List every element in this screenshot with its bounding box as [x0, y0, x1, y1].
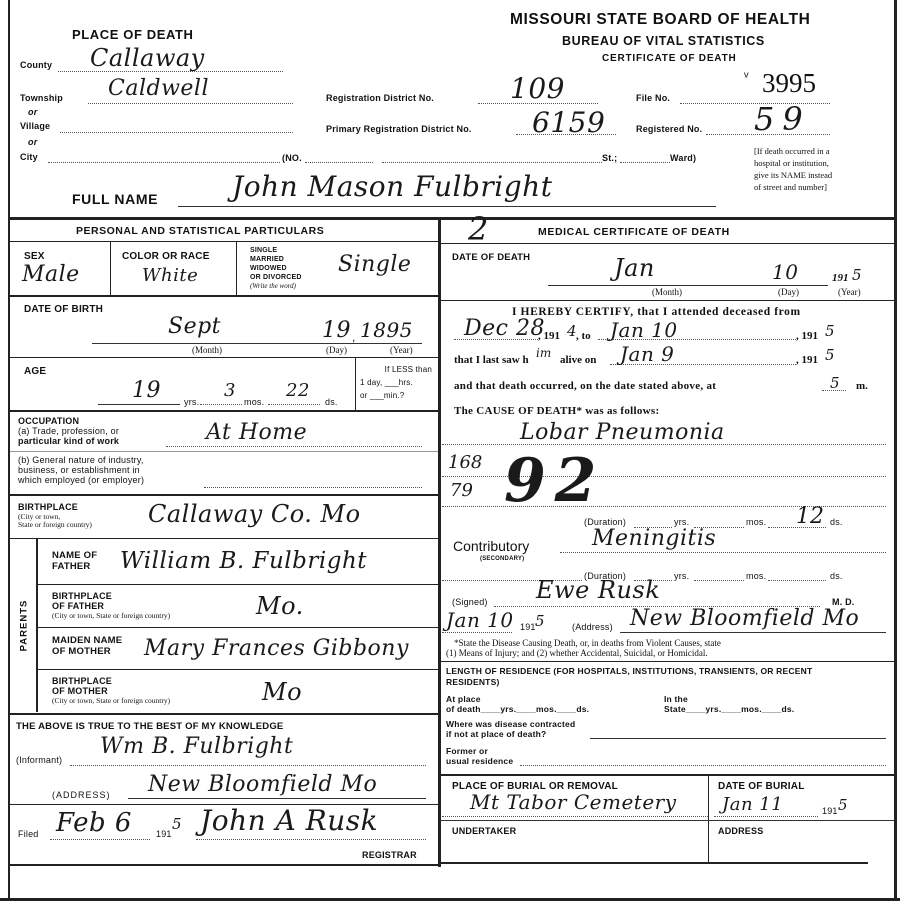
dob-month-field[interactable]: Sept: [168, 314, 221, 339]
mother-birthplace-field[interactable]: Mo: [262, 678, 302, 706]
cause-of-death-field[interactable]: Lobar Pneumonia: [520, 420, 725, 445]
duration-2-mos-unit: mos.: [746, 571, 766, 581]
sex-field[interactable]: Male: [22, 262, 80, 287]
registration-district-field[interactable]: 109: [510, 72, 565, 105]
dod-year-prefix: 191: [832, 272, 849, 284]
filed-label: Filed: [18, 829, 39, 839]
marital-options: SINGLE MARRIED WIDOWED OR DIVORCED (Writ…: [250, 246, 302, 291]
street-label: St.;: [602, 153, 617, 163]
dob-day-caption: (Day): [326, 345, 347, 355]
sex-race-divider: [110, 241, 111, 295]
dob-month-caption: (Month): [192, 345, 222, 355]
mother-name-field[interactable]: Mary Frances Gibbony: [144, 636, 409, 661]
hospital-note-line: [If death occurred in a: [754, 145, 832, 157]
attended-to-field[interactable]: Jan 10: [610, 318, 678, 342]
former-residence-block: Former or usual residence: [446, 746, 513, 766]
occupation-block: OCCUPATION (a) Trade, profession, or par…: [18, 416, 119, 446]
file-no-mark: ᵛ: [744, 68, 749, 84]
row-divider-parents: [10, 538, 438, 539]
father-name-field[interactable]: William B. Fulbright: [120, 548, 367, 574]
full-name-label: FULL NAME: [72, 191, 158, 207]
medical-title-divider: [440, 243, 894, 244]
dod-year-field[interactable]: 5: [852, 266, 862, 284]
age-years-line: [98, 404, 180, 405]
county-field[interactable]: Callaway: [90, 44, 205, 72]
birthplace-field[interactable]: Callaway Co. Mo: [148, 500, 361, 528]
board-title: MISSOURI STATE BOARD OF HEALTH: [510, 11, 810, 29]
year-from-prefix: , 191: [538, 330, 560, 342]
filed-date-line: [50, 839, 150, 840]
right-border: [894, 0, 897, 900]
burial-date-field[interactable]: Jan 11: [722, 794, 783, 815]
occupation-a-line: particular kind of work: [18, 436, 119, 446]
year-to-prefix: , 191: [796, 330, 818, 342]
physician-signature-field[interactable]: Ewe Rusk: [536, 576, 660, 604]
mother-bp-label: BIRTHPLACE OF MOTHER (City or town, Stat…: [52, 676, 170, 706]
burial-divider: [708, 774, 709, 864]
filed-year-field[interactable]: 5: [172, 815, 182, 833]
informant-address-field[interactable]: New Bloomfield Mo: [148, 772, 377, 797]
dob-year-field[interactable]: 1895: [360, 318, 413, 342]
to-label: , to: [576, 330, 591, 342]
former-residence-line: usual residence: [446, 756, 513, 766]
father-label: NAME OF FATHER: [52, 550, 97, 572]
contracted-block: Where was disease contracted if not at p…: [446, 719, 575, 739]
contributory-label: Contributory: [453, 538, 529, 554]
township-field[interactable]: Caldwell: [108, 76, 209, 101]
hospital-note-line: give its NAME instead: [754, 169, 832, 181]
bottom-border: [0, 898, 900, 901]
mother-label: MAIDEN NAME OF MOTHER: [52, 635, 122, 657]
dob-day-field[interactable]: 19: [322, 318, 351, 343]
last-saw-date-field[interactable]: Jan 9: [620, 342, 674, 366]
undertaker-label: UNDERTAKER: [452, 826, 516, 836]
dob-label: DATE OF BIRTH: [24, 304, 103, 315]
occupation-line: [166, 446, 422, 447]
bureau-title: BUREAU OF VITAL STATISTICS: [562, 34, 765, 48]
signed-label: (Signed): [452, 597, 488, 607]
informant-address-label: (ADDRESS): [52, 790, 111, 800]
left-border: [8, 0, 10, 900]
informant-field[interactable]: Wm B. Fulbright: [100, 734, 293, 759]
secondary-label: (SECONDARY): [480, 556, 524, 562]
burial-year-prefix: 191: [822, 806, 838, 816]
father-bp-label-line: OF FATHER: [52, 601, 170, 611]
sex-label: SEX: [24, 251, 45, 262]
occupation-field[interactable]: At Home: [206, 420, 307, 445]
primary-district-field[interactable]: 6159: [532, 106, 605, 139]
personal-title-divider: [10, 241, 438, 242]
father-label-line: NAME OF: [52, 550, 97, 561]
contracted-line: if not at place of death?: [446, 729, 575, 739]
signed-date-field[interactable]: Jan 10: [446, 608, 514, 632]
burial-place-field[interactable]: Mt Tabor Cemetery: [470, 790, 677, 814]
full-name-line: [178, 206, 716, 207]
age-years-field[interactable]: 19: [132, 378, 161, 403]
occupation-label: OCCUPATION: [18, 416, 119, 426]
burial-year-field[interactable]: 5: [838, 796, 848, 814]
margin-mark: 9 2: [504, 446, 590, 516]
less-than-line: or ___min.?: [360, 389, 432, 402]
burial-row-divider: [440, 820, 894, 821]
signed-year-field[interactable]: 5: [535, 612, 545, 630]
residence-bottom-divider: [440, 774, 894, 776]
marital-status-field[interactable]: Single: [338, 252, 411, 277]
hospital-note: [If death occurred in a hospital or inst…: [754, 145, 832, 193]
last-saw-label: that I last saw h: [454, 354, 529, 366]
duration-2-mos-line[interactable]: [694, 580, 744, 581]
township-line: [88, 103, 293, 104]
dob-year-caption: (Year): [390, 345, 413, 355]
undertaker-address-label: ADDRESS: [718, 826, 763, 836]
duration-2-days-unit: ds.: [830, 571, 843, 581]
county-label: County: [20, 60, 52, 70]
duration-2-yrs-unit: yrs.: [674, 571, 689, 581]
occupation-b-line: which employed (or employer): [18, 475, 144, 485]
row-divider-age: [10, 357, 438, 358]
row-divider-father-bp: [36, 584, 438, 585]
race-label: COLOR OR RACE: [122, 251, 210, 262]
left-bottom-divider: [8, 864, 438, 866]
at-place-line: of death____yrs.____mos.____ds.: [446, 704, 589, 714]
in-state-block: In the State____yrs.____mos.____ds.: [664, 694, 794, 714]
or-label-1: or: [28, 107, 37, 117]
occupation-b-line: (b) General nature of industry,: [18, 455, 144, 465]
occupation-b-block: (b) General nature of industry, business…: [18, 455, 144, 485]
street-number-label: (NO.: [282, 153, 302, 163]
occupation-a-line: (a) Trade, profession, or: [18, 426, 119, 436]
dob-comma: ,: [352, 330, 355, 344]
dod-month-field[interactable]: Jan: [614, 254, 655, 282]
filed-date-field[interactable]: Feb 6: [56, 808, 132, 838]
center-divider: [438, 217, 441, 867]
registered-no-field[interactable]: 59: [754, 100, 811, 138]
or-label-2: or: [28, 137, 37, 147]
marital-option: SINGLE: [250, 246, 302, 255]
file-no-field[interactable]: 3995: [762, 68, 816, 99]
last-saw-pronoun-field[interactable]: im: [536, 346, 551, 360]
row-divider-occupation: [10, 410, 438, 412]
informant-address-line: [128, 798, 426, 799]
city-line[interactable]: [48, 162, 280, 163]
margin-code-1: 168: [448, 452, 482, 473]
physician-address-line: [620, 632, 886, 633]
dod-day-field[interactable]: 10: [772, 260, 798, 284]
age-months-unit: mos.: [244, 397, 264, 407]
informant-label: (Informant): [16, 755, 62, 765]
mother-label-line: OF MOTHER: [52, 646, 122, 657]
certificate-title: CERTIFICATE OF DEATH: [602, 53, 737, 64]
occupation-b-line: business, or establishment in: [18, 465, 144, 475]
age-days-line: [268, 404, 320, 405]
registration-district-label: Registration District No.: [326, 93, 434, 103]
birthplace-sub-2: State or foreign country): [18, 520, 92, 529]
burial-date-line: [714, 816, 818, 817]
margin-code-2: 79: [450, 480, 473, 501]
dob-line: [92, 343, 422, 344]
industry-line[interactable]: [204, 487, 422, 488]
right-bottom-divider: [440, 862, 868, 864]
father-bp-label-line: BIRTHPLACE: [52, 591, 170, 601]
row-divider-mother-bp: [36, 669, 438, 670]
marital-option: MARRIED: [250, 255, 302, 264]
hospital-note-line: of street and number]: [754, 181, 832, 193]
registered-no-label: Registered No.: [636, 124, 702, 134]
death-time-suffix: m.: [856, 380, 868, 392]
age-label: AGE: [24, 366, 46, 377]
at-place-block: At place of death____yrs.____mos.____ds.: [446, 694, 589, 714]
mother-bp-label-line: BIRTHPLACE: [52, 676, 170, 686]
contributory-field[interactable]: Meningitis: [592, 526, 716, 551]
header-divider: [8, 217, 894, 220]
occupation-divider: [10, 451, 438, 452]
birthplace-label: BIRTHPLACE: [18, 502, 78, 512]
duration-days-unit: ds.: [830, 517, 843, 527]
footnote-line-1: *State the Disease Causing Death, or, in…: [454, 638, 721, 648]
cause-label: The CAUSE OF DEATH* was as follows:: [454, 405, 659, 417]
footnote-divider: [440, 661, 894, 662]
death-time-field[interactable]: 5: [830, 374, 840, 392]
duration-mos-unit: mos.: [746, 517, 766, 527]
footnote-line-2: (1) Means of Injury; and (2) whether Acc…: [446, 648, 708, 658]
burial-date-label: DATE OF BURIAL: [718, 781, 805, 792]
row-divider-informant: [10, 713, 438, 715]
village-label: Village: [20, 121, 50, 131]
registrar-line: [196, 839, 426, 840]
physician-address-field[interactable]: New Bloomfield Mo: [630, 606, 859, 631]
certify-line-1: I HEREBY CERTIFY, that I attended deceas…: [512, 306, 801, 318]
ward-line[interactable]: [620, 162, 670, 163]
primary-district-label: Primary Registration District No.: [326, 124, 472, 134]
less-than-note: If LESS than 1 day, ___hrs. or ___min.?: [360, 363, 432, 402]
age-less-than-divider: [355, 357, 356, 410]
mother-label-line: MAIDEN NAME: [52, 635, 122, 646]
personal-section-title: PERSONAL AND STATISTICAL PARTICULARS: [76, 225, 324, 237]
attended-from-field[interactable]: Dec 28: [464, 316, 545, 341]
medical-section-title: MEDICAL CERTIFICATE OF DEATH: [538, 226, 730, 238]
alive-on-label: alive on: [560, 354, 596, 366]
village-line[interactable]: [60, 132, 293, 133]
age-days-unit: ds.: [325, 397, 338, 407]
filed-year-prefix: 191: [156, 829, 172, 839]
dod-line: [548, 285, 828, 286]
age-months-field[interactable]: 3: [224, 380, 236, 401]
ward-label: Ward): [670, 153, 696, 163]
year-saw-field[interactable]: 5: [825, 346, 835, 364]
father-bp-sub: (City or town, State or foreign country): [52, 611, 170, 621]
place-of-death-heading: PLACE OF DEATH: [72, 27, 194, 42]
year-to-field[interactable]: 5: [825, 322, 835, 340]
signed-date-line: [442, 632, 512, 633]
year-saw-prefix: , 191: [796, 354, 818, 366]
mother-bp-sub: (City or town, State or foreign country): [52, 696, 170, 706]
burial-place-line: [442, 816, 708, 817]
dod-divider: [440, 300, 894, 301]
age-months-line: [200, 404, 242, 405]
file-no-label: File No.: [636, 93, 670, 103]
row-divider-mother: [36, 627, 438, 628]
race-marital-divider: [236, 241, 237, 295]
age-years-unit: yrs.: [184, 397, 199, 407]
less-than-line: If LESS than: [360, 363, 432, 376]
township-label: Township: [20, 93, 63, 103]
marital-option: WIDOWED: [250, 264, 302, 273]
row-divider-birthplace: [10, 494, 438, 496]
death-time-label: and that death occurred, on the date sta…: [454, 380, 716, 392]
dod-day-caption: (Day): [778, 287, 799, 297]
age-days-field[interactable]: 22: [286, 380, 310, 401]
duration-days-field[interactable]: 12: [796, 504, 824, 529]
father-label-line: FATHER: [52, 561, 97, 572]
informant-line: [70, 765, 426, 766]
father-birthplace-field[interactable]: Mo.: [256, 592, 304, 620]
dod-year-caption: (Year): [838, 287, 861, 297]
physician-address-label: (Address): [572, 622, 613, 632]
registrar-label: REGISTRAR: [362, 850, 417, 860]
in-state-line: In the: [664, 694, 794, 704]
marital-option: OR DIVORCED: [250, 273, 302, 282]
street-line[interactable]: [382, 162, 602, 163]
in-state-line: State____yrs.____mos.____ds.: [664, 704, 794, 714]
contracted-line: Where was disease contracted: [446, 719, 575, 729]
hospital-note-line: hospital or institution,: [754, 157, 832, 169]
street-number-line[interactable]: [305, 162, 373, 163]
registrar-signature-field[interactable]: John A Rusk: [200, 804, 378, 837]
residence-title: LENGTH OF RESIDENCE (FOR HOSPITALS, INST…: [446, 666, 866, 688]
former-residence-line: Former or: [446, 746, 513, 756]
contributory-line: [560, 552, 886, 553]
city-label: City: [20, 152, 38, 162]
at-place-line: At place: [446, 694, 589, 704]
less-than-line: 1 day, ___hrs.: [360, 376, 432, 389]
signed-year-prefix: 191: [520, 622, 536, 632]
dod-month-caption: (Month): [652, 287, 682, 297]
marital-instruction: (Write the word): [250, 282, 302, 291]
full-name-field[interactable]: John Mason Fulbright: [232, 170, 552, 203]
true-statement: THE ABOVE IS TRUE TO THE BEST OF MY KNOW…: [16, 721, 283, 732]
former-residence-field[interactable]: [520, 765, 886, 766]
race-field[interactable]: White: [142, 265, 198, 286]
contracted-line-field[interactable]: [590, 738, 886, 739]
parents-label: PARENTS: [18, 600, 29, 652]
row-divider-dob: [10, 295, 438, 297]
duration-2-days-line[interactable]: [768, 580, 826, 581]
dod-label: DATE OF DEATH: [452, 252, 530, 263]
mother-bp-label-line: OF MOTHER: [52, 686, 170, 696]
father-bp-label: BIRTHPLACE OF FATHER (City or town, Stat…: [52, 591, 170, 621]
parents-divider: [36, 538, 38, 712]
